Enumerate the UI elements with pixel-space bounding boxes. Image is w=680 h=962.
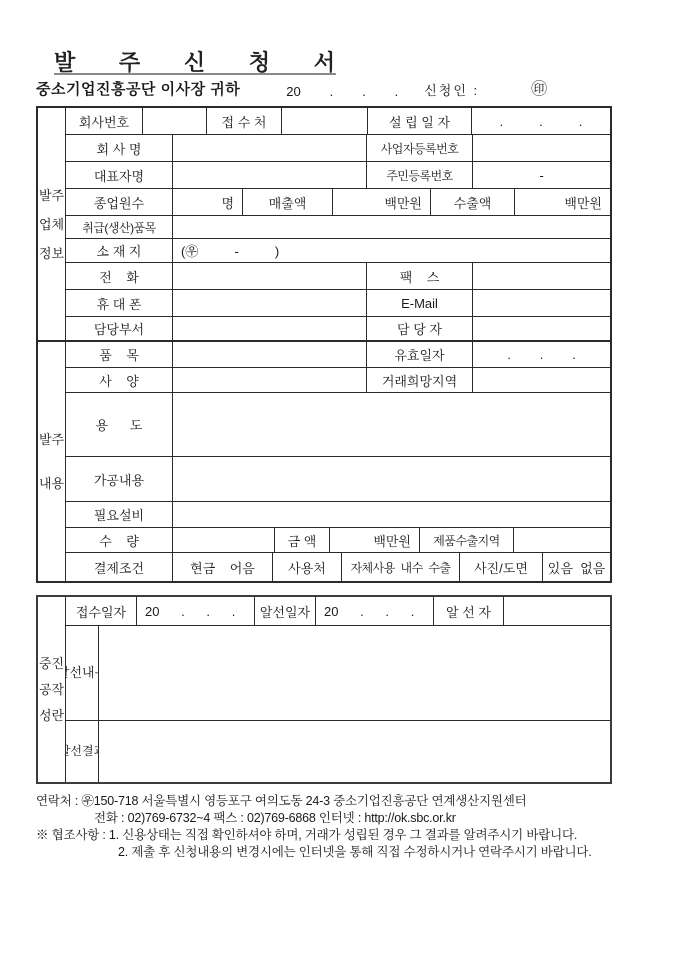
arrange-date-label: 알선일자 — [254, 597, 315, 625]
payment-options[interactable]: 현금 어음 — [172, 553, 272, 581]
recipient-line: 중소기업진흥공단 이사장 귀하 — [36, 78, 240, 99]
resident-no-label: 주민등록번호 — [366, 162, 472, 188]
row-payment: 결제조건 현금 어음 사용처 자체사용 내수 수출 사진/도면 있음 없음 — [66, 552, 610, 581]
usage-place-label: 사용처 — [272, 553, 341, 581]
note-line-1: ※ 협조사항 : 1. 신용상태는 직접 확인하셔야 하며, 거래가 성립된 경… — [36, 827, 680, 844]
header-date-field[interactable]: 20 . . . — [286, 84, 398, 99]
items-handled-label: 취급(생산)품목 — [66, 216, 172, 238]
reception-field[interactable] — [281, 108, 367, 134]
biz-reg-no-label: 사업자등록번호 — [366, 135, 472, 161]
spec-field[interactable] — [172, 368, 366, 392]
order-request-form: 발 주 신 청 서 중소기업진흥공단 이사장 귀하 20 . . . 신청인 :… — [0, 0, 680, 962]
reception-label: 접 수 처 — [206, 108, 281, 134]
usage-label: 용 도 — [66, 393, 172, 456]
mobile-field[interactable] — [172, 290, 366, 316]
hope-region-field[interactable] — [472, 368, 610, 392]
row-arrange-result: 알선결과 — [66, 720, 610, 782]
photo-options[interactable]: 있음 없음 — [542, 553, 610, 581]
resident-no-field[interactable]: - — [472, 162, 610, 188]
address-label: 소 재 지 — [66, 239, 172, 262]
arrange-result-field[interactable] — [98, 721, 610, 782]
employees-label: 종업원수 — [66, 189, 172, 215]
sales-label: 매출액 — [242, 189, 332, 215]
valid-date-label: 유효일자 — [366, 342, 472, 367]
company-no-label: 회사번호 — [66, 108, 142, 134]
ceo-name-field[interactable] — [172, 162, 366, 188]
form-title: 발 주 신 청 서 — [54, 46, 680, 77]
manager-label: 담 당 자 — [366, 317, 472, 340]
section-order-detail: 발주내용 품 목 유효일자 . . . 사 양 거래희망지역 용 — [38, 340, 610, 581]
payment-label: 결제조건 — [66, 553, 172, 581]
biz-reg-no-field[interactable] — [472, 135, 610, 161]
item-field[interactable] — [172, 342, 366, 367]
row-ceo-name: 대표자명 주민등록번호 - — [66, 161, 610, 188]
row-receipt: 접수일자 20 . . . 알선일자 20 . . . 알 선 자 — [66, 597, 610, 625]
row-spec: 사 양 거래희망지역 — [66, 367, 610, 392]
company-section-label: 발주업체정보 — [38, 108, 66, 340]
processing-field[interactable] — [172, 457, 610, 501]
applicant-label: 신청인 : — [424, 80, 479, 99]
dept-label: 담당부서 — [66, 317, 172, 340]
row-quantity: 수 량 금 액 백만원 제품수출지역 — [66, 527, 610, 552]
arrange-content-label: 알선내용 — [66, 626, 98, 720]
section-company-info: 발주업체정보 회사번호 접 수 처 설 립 일 자 . . . 회 사 명 사업… — [38, 108, 610, 340]
employees-field[interactable]: 명 — [172, 189, 242, 215]
row-items-handled: 취급(생산)품목 — [66, 215, 610, 238]
address-field[interactable]: (㉾ - ) — [172, 239, 610, 262]
arrange-date-field[interactable]: 20 . . . — [315, 597, 433, 625]
fax-label: 팩 스 — [366, 263, 472, 289]
photo-label: 사진/도면 — [459, 553, 542, 581]
arrange-content-field[interactable] — [98, 626, 610, 720]
company-name-label: 회 사 명 — [66, 135, 172, 161]
row-equipment: 필요설비 — [66, 501, 610, 527]
arranger-field[interactable] — [503, 597, 610, 625]
processing-label: 가공내용 — [66, 457, 172, 501]
contact-line-2: 전화 : 02)769-6732~4 팩스 : 02)769-6868 인터넷 … — [36, 810, 680, 827]
export-amount-label: 수출액 — [430, 189, 514, 215]
email-label: E-Mail — [366, 290, 472, 316]
form-header: 발 주 신 청 서 중소기업진흥공단 이사장 귀하 20 . . . 신청인 :… — [0, 0, 680, 99]
establish-date-field[interactable]: . . . — [471, 108, 610, 134]
phone-label: 전 화 — [66, 263, 172, 289]
agency-table: 중진공작성란 접수일자 20 . . . 알선일자 20 . . . 알 선 자… — [36, 595, 612, 784]
establish-date-label: 설 립 일 자 — [367, 108, 471, 134]
note-line-2: 2. 제출 후 신청내용의 변경시에는 인터넷을 통해 직접 수정하시거나 연락… — [36, 844, 680, 861]
footer-notes: 연락처 : ㉾150-718 서울특별시 영등포구 여의도동 24-3 중소기업… — [36, 793, 680, 861]
equipment-field[interactable] — [172, 502, 610, 527]
usage-place-options[interactable]: 자체사용 내수 수출 — [341, 553, 459, 581]
seal-stamp-icon: ㊞ — [531, 76, 547, 99]
arranger-label: 알 선 자 — [433, 597, 503, 625]
row-item: 품 목 유효일자 . . . — [66, 342, 610, 367]
ceo-name-label: 대표자명 — [66, 162, 172, 188]
order-section-label: 발주내용 — [38, 342, 66, 581]
manager-field[interactable] — [472, 317, 610, 340]
row-company-name: 회 사 명 사업자등록번호 — [66, 134, 610, 161]
receipt-date-label: 접수일자 — [66, 597, 136, 625]
item-label: 품 목 — [66, 342, 172, 367]
row-mobile: 휴 대 폰 E-Mail — [66, 289, 610, 316]
fax-field[interactable] — [472, 263, 610, 289]
row-phone: 전 화 팩 스 — [66, 262, 610, 289]
spec-label: 사 양 — [66, 368, 172, 392]
email-field[interactable] — [472, 290, 610, 316]
arrange-result-label: 알선결과 — [66, 721, 98, 782]
amount-field[interactable]: 백만원 — [329, 528, 419, 552]
row-dept: 담당부서 담 당 자 — [66, 316, 610, 340]
row-arrange-content: 알선내용 — [66, 625, 610, 720]
dept-field[interactable] — [172, 317, 366, 340]
company-name-field[interactable] — [172, 135, 366, 161]
contact-line-1: 연락처 : ㉾150-718 서울특별시 영등포구 여의도동 24-3 중소기업… — [36, 793, 680, 810]
mobile-label: 휴 대 폰 — [66, 290, 172, 316]
receipt-date-field[interactable]: 20 . . . — [136, 597, 254, 625]
export-region-field[interactable] — [513, 528, 610, 552]
hope-region-label: 거래희망지역 — [366, 368, 472, 392]
sales-field[interactable]: 백만원 — [332, 189, 430, 215]
company-no-field[interactable] — [142, 108, 206, 134]
row-usage: 용 도 — [66, 392, 610, 456]
quantity-field[interactable] — [172, 528, 274, 552]
phone-field[interactable] — [172, 263, 366, 289]
export-region-label: 제품수출지역 — [419, 528, 513, 552]
export-amount-field[interactable]: 백만원 — [514, 189, 610, 215]
row-employees: 종업원수 명 매출액 백만원 수출액 백만원 — [66, 188, 610, 215]
row-address: 소 재 지 (㉾ - ) — [66, 238, 610, 262]
items-handled-field[interactable] — [172, 216, 610, 238]
row-processing: 가공내용 — [66, 456, 610, 501]
equipment-label: 필요설비 — [66, 502, 172, 527]
section-agency: 중진공작성란 접수일자 20 . . . 알선일자 20 . . . 알 선 자… — [38, 597, 610, 782]
quantity-label: 수 량 — [66, 528, 172, 552]
main-form-table: 발주업체정보 회사번호 접 수 처 설 립 일 자 . . . 회 사 명 사업… — [36, 106, 612, 583]
agency-section-label: 중진공작성란 — [38, 597, 66, 782]
amount-label: 금 액 — [274, 528, 329, 552]
valid-date-field[interactable]: . . . — [472, 342, 610, 367]
row-company-no: 회사번호 접 수 처 설 립 일 자 . . . — [66, 108, 610, 134]
usage-field[interactable] — [172, 393, 610, 456]
